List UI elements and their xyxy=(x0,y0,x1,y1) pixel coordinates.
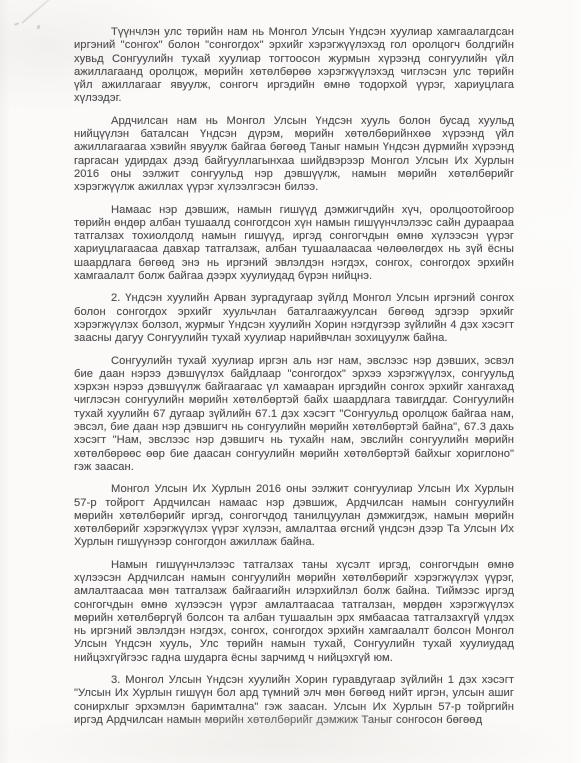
pencil-mark xyxy=(37,25,41,30)
paragraph-3: Намаас нэр дэвшиж, намын гишүүд дэмжигчд… xyxy=(74,204,514,284)
paragraph-4: 2. Үндсэн хуулийн Арван зургадугаар зүйл… xyxy=(74,292,514,345)
paragraph-6: Монгол Улсын Их Хурлын 2016 оны ээлжит с… xyxy=(74,483,514,549)
paragraph-5: Сонгуулийн тухай хуулиар иргэн аль нэг н… xyxy=(74,355,514,475)
paragraph-7: Намын гишүүнчлэлээс татгалзах таны хүсэл… xyxy=(74,559,514,665)
fold-crease-artifact xyxy=(21,0,81,24)
document-text-block: Түүнчлэн улс төрийн нам нь Монгол Улсын … xyxy=(74,26,514,736)
paragraph-8: 3. Монгол Улсын Үндсэн хуулийн Хорин гур… xyxy=(74,674,514,727)
paragraph-2: Ардчилсан нам нь Монгол Улсын Үндсэн хуу… xyxy=(74,115,514,195)
pencil-mark xyxy=(14,22,19,26)
scanned-document-page: Түүнчлэн улс төрийн нам нь Монгол Улсын … xyxy=(0,0,581,763)
paragraph-1: Түүнчлэн улс төрийн нам нь Монгол Улсын … xyxy=(74,26,514,106)
